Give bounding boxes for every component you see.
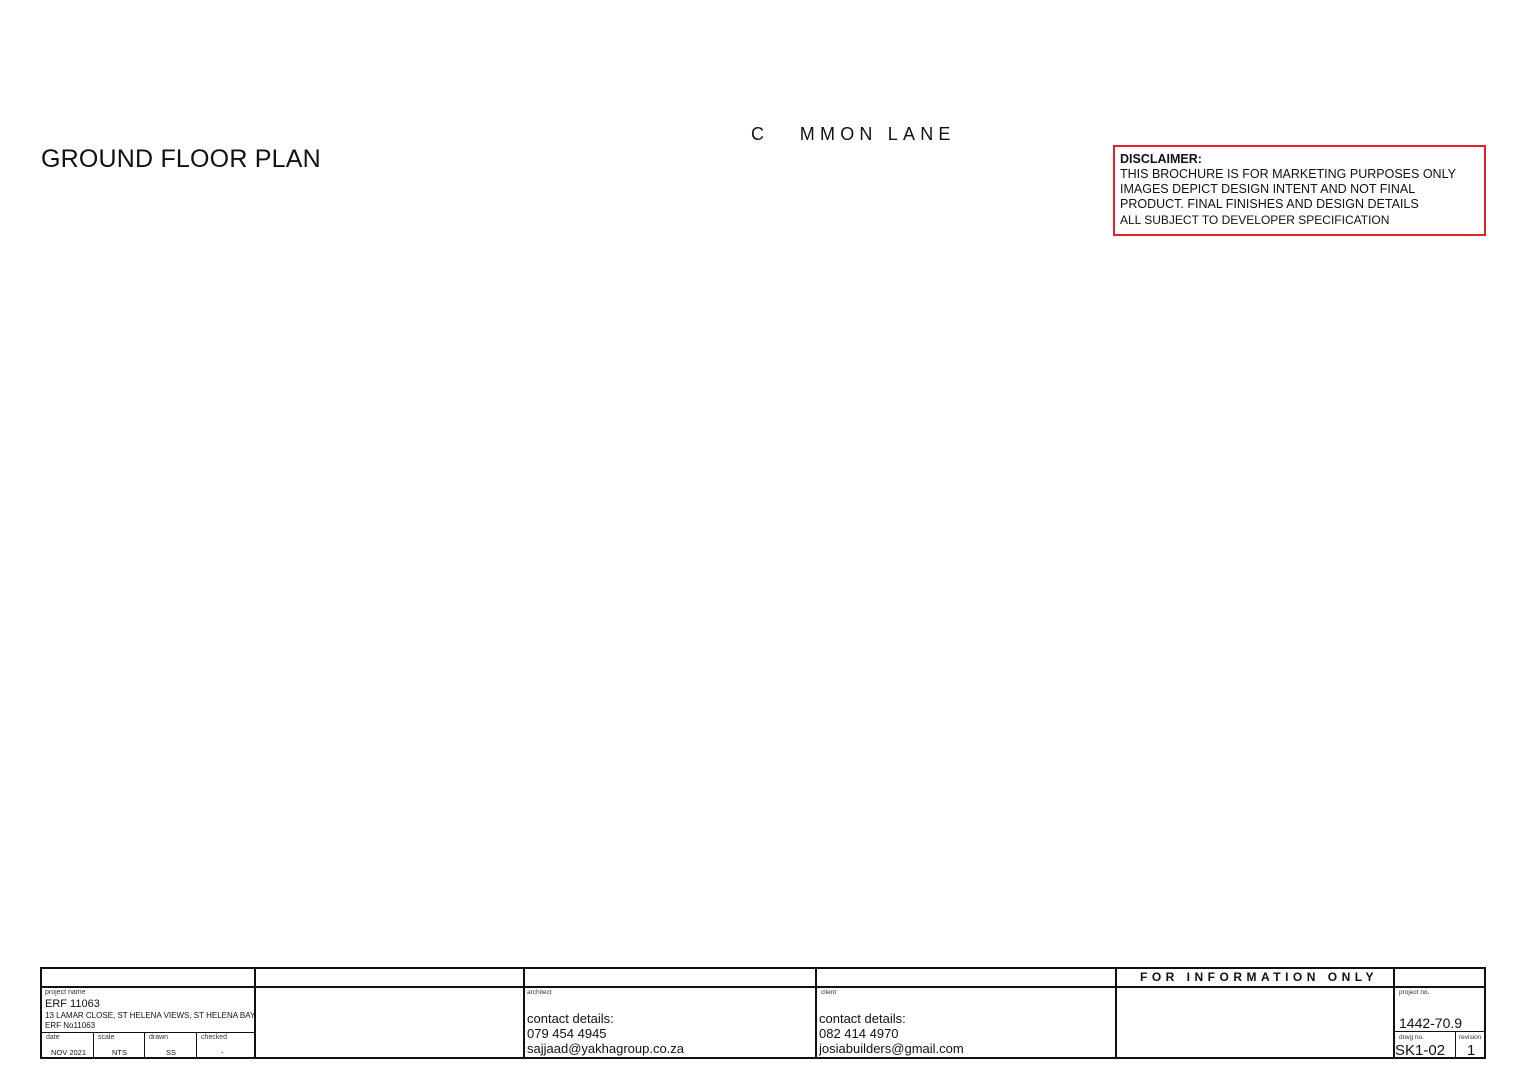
street-label: C MMON LANE	[751, 124, 956, 145]
title-block: FOR INFORMATION ONLY project name ERF 11…	[40, 967, 1486, 1059]
project-name: ERF 11063	[45, 998, 100, 1010]
column-divider	[1115, 969, 1117, 1057]
checked-label: checked	[201, 1034, 227, 1041]
checked-value: -	[221, 1048, 224, 1057]
scale-label: scale	[98, 1034, 114, 1041]
disclaimer-line: ALL SUBJECT TO DEVELOPER SPECIFICATION	[1120, 213, 1389, 227]
meta-divider	[93, 1032, 94, 1057]
revision: 1	[1467, 1042, 1475, 1059]
disclaimer-line: IMAGES DEPICT DESIGN INTENT AND NOT FINA…	[1120, 182, 1415, 196]
project-no: 1442-70.9	[1399, 1015, 1462, 1031]
disclaimer-line: THIS BROCHURE IS FOR MARKETING PURPOSES …	[1120, 167, 1456, 181]
architect-phone: 079 454 4945	[527, 1026, 607, 1041]
client-contact-heading: contact details:	[819, 1011, 906, 1026]
drawing-no: SK1-02	[1395, 1042, 1445, 1059]
disclaimer-box: DISCLAIMER: THIS BROCHURE IS FOR MARKETI…	[1113, 145, 1486, 236]
drawing-no-divider	[1393, 1031, 1484, 1032]
revision-divider	[1455, 1031, 1456, 1057]
disclaimer-heading: DISCLAIMER:	[1120, 152, 1202, 166]
client-label: client	[821, 989, 836, 996]
meta-divider	[144, 1032, 145, 1057]
drawn-label: drawn	[149, 1034, 168, 1041]
project-no-label: project no.	[1399, 989, 1429, 996]
revision-label: revision	[1459, 1034, 1481, 1041]
drawn-value: SS	[166, 1048, 176, 1057]
drawing-title: GROUND FLOOR PLAN	[41, 145, 321, 174]
for-information-only-banner: FOR INFORMATION ONLY	[1140, 970, 1378, 984]
architect-label: architect	[527, 989, 552, 996]
meta-divider	[42, 1032, 254, 1033]
title-block-row-divider	[42, 986, 1484, 988]
date-value: NOV 2021	[51, 1048, 86, 1057]
meta-divider	[196, 1032, 197, 1057]
project-address: 13 LAMAR CLOSE, ST HELENA VIEWS, ST HELE…	[45, 1011, 257, 1020]
architect-email[interactable]: sajjaad@yakhagroup.co.za	[527, 1041, 684, 1056]
scale-value: NTS	[112, 1048, 127, 1057]
architect-contact-heading: contact details:	[527, 1011, 614, 1026]
project-erf: ERF No11063	[45, 1021, 95, 1030]
client-email[interactable]: josiabuilders@gmail.com	[819, 1041, 964, 1056]
disclaimer-line: PRODUCT. FINAL FINISHES AND DESIGN DETAI…	[1120, 197, 1419, 211]
column-divider	[523, 969, 525, 1057]
drawing-no-label: drwg no.	[1399, 1034, 1424, 1041]
client-phone: 082 414 4970	[819, 1026, 899, 1041]
date-label: date	[46, 1034, 60, 1041]
project-name-label: project name	[45, 989, 85, 996]
column-divider	[815, 969, 817, 1057]
